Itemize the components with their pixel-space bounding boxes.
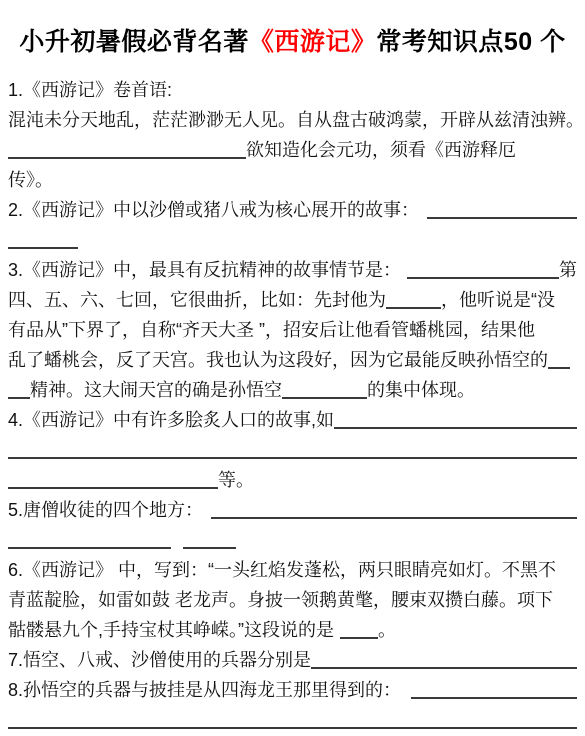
question-3-line-2: 四、五、六、七回，它很曲折，比如：先封他为 ，他听说是“没 — [8, 283, 577, 313]
question-1-label: 1.《西游记》卷首语: — [8, 78, 172, 103]
title-suffix: 常考知识点50 个 — [376, 28, 565, 56]
question-6-line-3-text: 骷髅悬九个,手持宝杖其峥嵘。”这段说的是 — [8, 618, 334, 643]
fill-blank — [282, 397, 367, 399]
question-6-line-2-text: 青蓝靛脸，如雷如鼓 老龙声。身披一领鹅黄氅，腰束双攒白藤。项下 — [8, 588, 553, 613]
fill-blank — [183, 547, 236, 549]
question-8-blank-line — [8, 703, 577, 733]
question-3-line-5-text: 精神。这大闹天宫的确是孙悟空 — [30, 378, 282, 403]
fill-blank — [548, 367, 570, 369]
question-3-line-4-text: 乱了蟠桃会，反了天宫。我也认为这段好，因为它最能反映孙悟空的 — [8, 348, 548, 373]
question-5-blank-line — [8, 523, 577, 553]
fill-blank — [8, 247, 78, 249]
question-3-line-3: 有品从”下界了，自称“齐天大圣 ”，招安后让他看管蟠桃园，结果他 — [8, 313, 577, 343]
fill-blank — [386, 307, 441, 309]
question-3-line-4: 乱了蟠桃会，反了天宫。我也认为这段好，因为它最能反映孙悟空的 — [8, 343, 577, 373]
question-4-blank-line — [8, 433, 577, 463]
question-6-line-2: 青蓝靛脸，如雷如鼓 老龙声。身披一领鹅黄氅，腰束双攒白藤。项下 — [8, 583, 577, 613]
fill-blank — [407, 277, 559, 279]
verse-continuation: 欲知造化会元功，须看《西游释厄 — [246, 138, 516, 163]
question-4-text: 4.《西游记》中有许多脍炙人口的故事,如 — [8, 408, 334, 433]
question-3-line-5-tail: 的集中体现。 — [367, 378, 475, 403]
question-7-text: 7.悟空、八戒、沙僧使用的兵器分别是 — [8, 648, 311, 673]
fill-blank — [340, 637, 378, 639]
fill-blank — [8, 397, 30, 399]
worksheet-page: 小升初暑假必背名著《西游记》常考知识点50 个 1.《西游记》卷首语: 混沌未分… — [0, 0, 585, 736]
title-book-name: 《西游记》 — [249, 28, 377, 56]
question-3-line-3-text: 有品从”下界了，自称“齐天大圣 ”，招安后让他看管蟠桃园，结果他 — [8, 318, 535, 343]
fill-blank — [427, 217, 577, 219]
question-5: 5.唐僧收徒的四个地方： — [8, 493, 577, 523]
fill-blank — [411, 697, 577, 699]
question-3-line-1: 3.《西游记》中，最具有反抗精神的故事情节是： 第 — [8, 253, 577, 283]
question-6-line-1-text: 6.《西游记》 中，写到：“一头红焰发蓬松，两只眼睛亮如灯。不黑不 — [8, 558, 556, 583]
title-prefix: 小升初暑假必背名著 — [19, 28, 249, 56]
question-4-tail-line: 等。 — [8, 463, 577, 493]
question-2-blank-line — [8, 223, 577, 253]
question-1-blank-line: 欲知造化会元功，须看《西游释厄 — [8, 133, 577, 163]
fill-blank — [8, 157, 246, 159]
question-8: 8.孙悟空的兵器与披挂是从四海龙王那里得到的： — [8, 673, 577, 703]
question-3-line-2-text: 四、五、六、七回，它很曲折，比如：先封他为 — [8, 288, 386, 313]
fill-blank — [8, 487, 218, 489]
question-5-text: 5.唐僧收徒的四个地方： — [8, 498, 203, 523]
question-4: 4.《西游记》中有许多脍炙人口的故事,如 — [8, 403, 577, 433]
fill-blank — [211, 517, 577, 519]
verse-text: 混沌未分天地乱，茫茫渺渺无人见。自从盘古破鸿蒙，开辟从兹清浊辨。 — [8, 108, 577, 133]
question-6-line-3: 骷髅悬九个,手持宝杖其峥嵘。”这段说的是 。 — [8, 613, 577, 643]
page-title: 小升初暑假必背名著《西游记》常考知识点50 个 — [8, 22, 577, 58]
question-1-wrap-line: 传》。 — [8, 163, 577, 193]
question-6-line-3-tail: 。 — [378, 618, 396, 643]
verse-wrap: 传》。 — [8, 168, 53, 193]
question-2: 2.《西游记》中以沙僧或猪八戒为核心展开的故事： — [8, 193, 577, 223]
question-3-line-5: 精神。这大闹天宫的确是孙悟空 的集中体现。 — [8, 373, 577, 403]
question-1-heading: 1.《西游记》卷首语: — [8, 73, 577, 103]
question-7: 7.悟空、八戒、沙僧使用的兵器分别是 — [8, 643, 577, 673]
question-6-line-1: 6.《西游记》 中，写到：“一头红焰发蓬松，两只眼睛亮如灯。不黑不 — [8, 553, 577, 583]
fill-blank — [311, 667, 577, 669]
question-8-text: 8.孙悟空的兵器与披挂是从四海龙王那里得到的： — [8, 678, 401, 703]
question-3-text: 3.《西游记》中，最具有反抗精神的故事情节是： — [8, 258, 401, 283]
fill-blank — [8, 457, 577, 459]
question-1-verse: 混沌未分天地乱，茫茫渺渺无人见。自从盘古破鸿蒙，开辟从兹清浊辨。 — [8, 103, 577, 133]
fill-blank — [8, 727, 577, 729]
question-2-text: 2.《西游记》中以沙僧或猪八戒为核心展开的故事： — [8, 198, 419, 223]
fill-blank — [334, 427, 577, 429]
question-4-tail: 等。 — [218, 468, 254, 493]
question-3-line-2-tail: ，他听说是“没 — [441, 288, 555, 313]
question-3-line-1-tail: 第 — [559, 258, 577, 283]
fill-blank — [8, 547, 171, 549]
